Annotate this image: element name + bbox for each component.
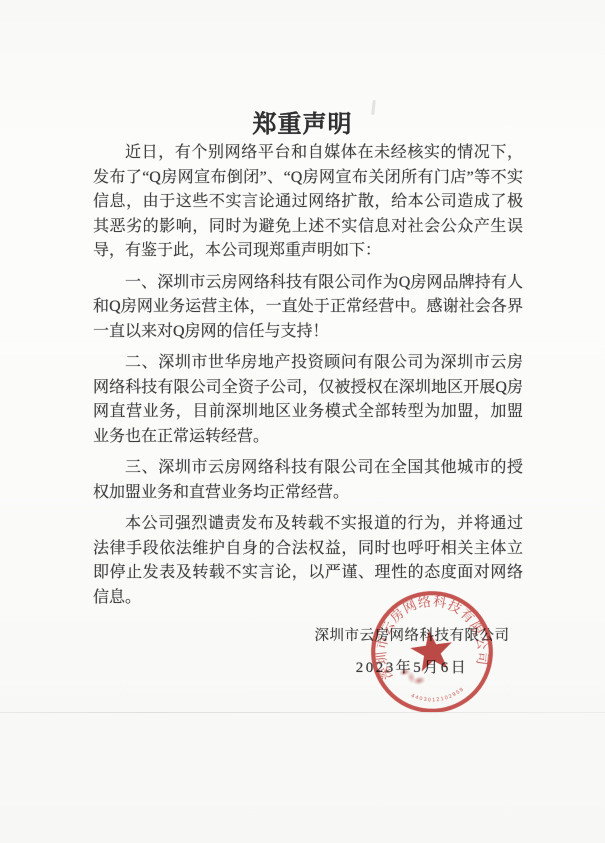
statement-item-2: 二、深圳市世华房地产投资顾问有限公司为深圳市云房网络科技有限公司全资子公司，仅被… (93, 351, 523, 449)
statement-item-3: 三、深圳市云房网络科技有限公司在全国其他城市的授权加盟业务和直营业务均正常经营。 (93, 456, 523, 505)
document-title: 郑重声明 (0, 104, 605, 139)
intro-paragraph: 近日，有个别网络平台和自媒体在未经核实的情况下，发布了“Q房网宣布倒闭”、“Q房… (93, 141, 523, 264)
paper-fold-line (0, 712, 605, 713)
scanned-statement-page: 郑重声明 近日，有个别网络平台和自媒体在未经核实的情况下，发布了“Q房网宣布倒闭… (0, 0, 605, 843)
company-seal-stamp: 深圳市云房网络科技有限公司 4403012102958 (361, 581, 503, 723)
statement-body: 近日，有个别网络平台和自媒体在未经核实的情况下，发布了“Q房网宣布倒闭”、“Q房… (93, 141, 523, 617)
statement-item-1: 一、深圳市云房网络科技有限公司作为Q房网品牌持有人和Q房网业务运营主体，一直处于… (93, 271, 523, 345)
